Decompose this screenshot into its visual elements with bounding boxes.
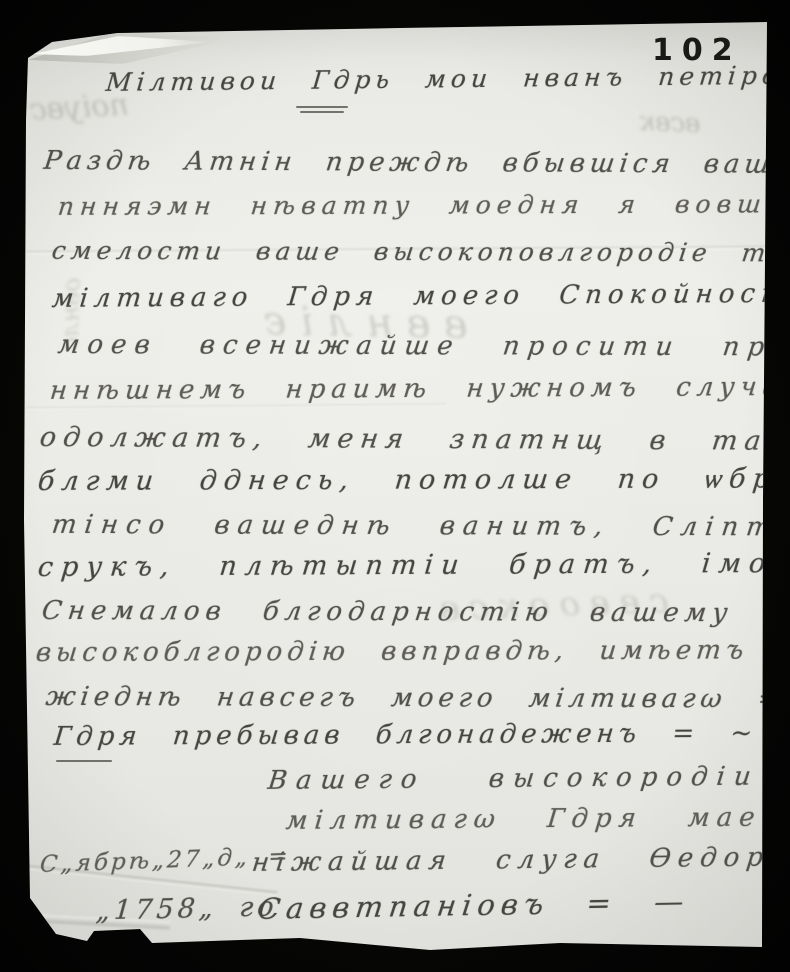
date-year: „1758„ го	[95, 891, 279, 927]
handwritten-line: одолжатъ, меня зпатнщ в тав в	[38, 422, 790, 457]
handwritten-line: смелости ваше высокоповлгородіе т	[50, 236, 772, 268]
flourish-underline	[56, 760, 112, 762]
handwritten-line: ннѣшнемъ нраимѣ нужномъ случав	[49, 372, 790, 406]
handwritten-line: моев всенижайше просити при	[56, 330, 790, 363]
photo-background: поіувс всвк ввнліє сввооксв овнлс 102 Мі…	[0, 0, 790, 972]
flourish-underline	[300, 111, 344, 113]
handwritten-line: Раздѣ Атнін преждѣ вбывшіся вашся	[42, 146, 790, 180]
handwritten-line: Мілтивои Гдрь мои нванъ петіровичь	[105, 60, 790, 97]
closing-line: Вашего высокородіи	[266, 762, 761, 796]
closing-line: мілтивагω Гдря маегω =	[285, 802, 790, 836]
handwritten-line: жіеднѣ навсегъ моего мілтивагω =	[44, 682, 786, 715]
handwritten-line: Гдря пребывав блгонадеженъ = ~	[53, 718, 759, 752]
closing-line: ніжайшая слуга Ѳедоръ	[250, 842, 790, 878]
flourish-underline	[296, 106, 348, 108]
letter-paper: поіувс всвк ввнліє сввооксв овнлс 102 Мі…	[0, 0, 790, 972]
handwritten-line: мілтиваго Гдря моего Спокойноскв	[51, 279, 790, 314]
handwritten-line: высокоблгородію ввправдѣ, имѣетъ	[34, 636, 749, 668]
handwritten-line: пнняэмн нѣватпу моедня я вовшмѣ	[57, 189, 790, 221]
signature: Саввтпаніовъ = —	[256, 884, 692, 926]
handwritten-line: Снемалов блгодарностію вашему	[40, 596, 735, 628]
handwritten-line: срукъ, плѣтыптіи братъ, імои	[36, 548, 790, 583]
handwritten-line: тінсо вашеднѣ ванитъ, Сліпте	[50, 510, 790, 543]
handwritten-line: блгми дднесь, потолше по ѡбра	[36, 463, 790, 497]
ink-bleed-through: всвк	[639, 107, 700, 139]
